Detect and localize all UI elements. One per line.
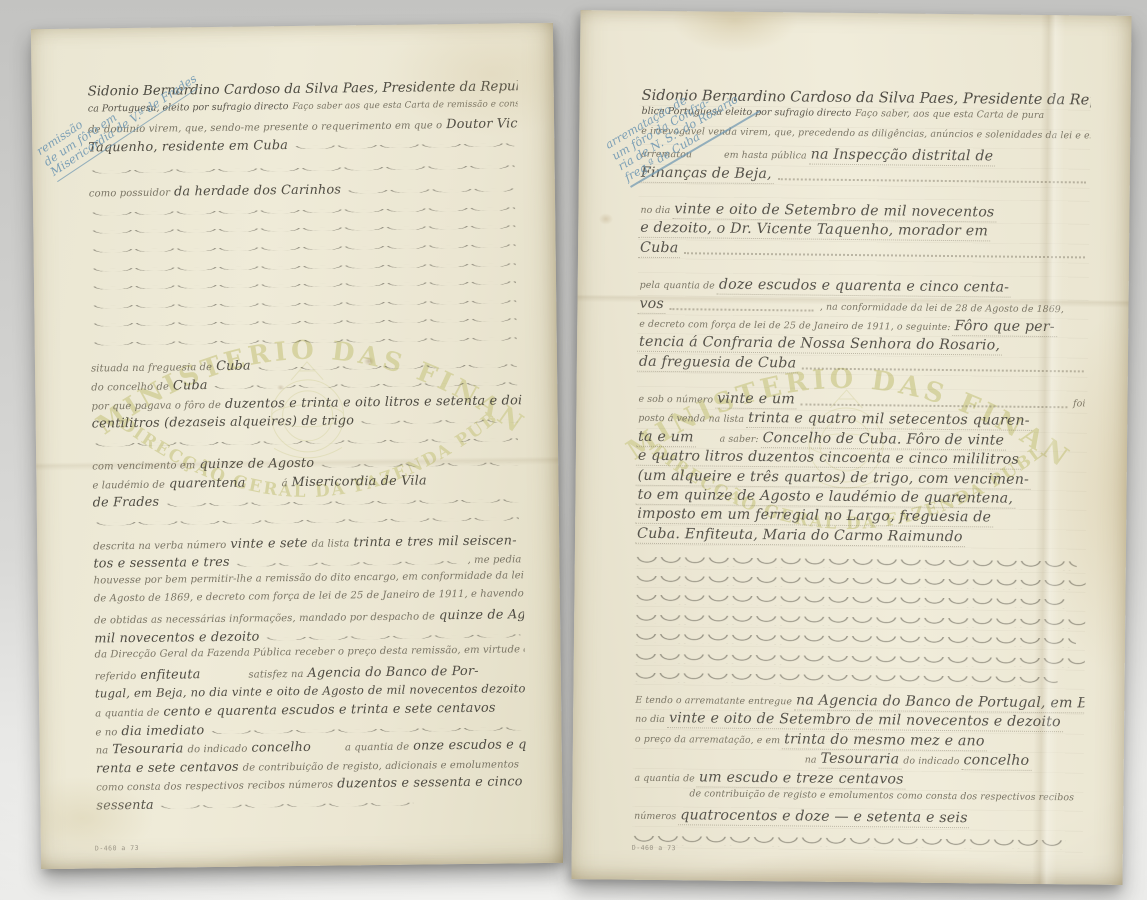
printed-form-text: descrita na verba número	[91, 540, 228, 553]
handwritten-text: concelho	[961, 752, 1031, 771]
ink-line-filler	[360, 419, 518, 425]
ink-line-filler	[91, 164, 515, 173]
document-line: sessenta	[94, 793, 526, 817]
handwritten-text: vinte e oito de Setembro de mil novecent…	[672, 201, 996, 222]
printed-form-text: e no	[93, 727, 119, 738]
document-line	[90, 430, 522, 454]
document-line: Taquenho, residente em Cuba	[86, 135, 518, 159]
handwritten-text: Misericordia de Vila	[290, 473, 429, 490]
handwritten-text: da herdade dos Carinhos	[172, 182, 343, 199]
handwritten-text: (um alqueire e três quartos) de trigo, c…	[636, 467, 1032, 489]
spacer	[694, 157, 722, 158]
printed-form-text: no dia	[638, 205, 672, 216]
scallop-line-filler	[634, 673, 1058, 686]
printed-form-text: situada na freguesia de	[89, 362, 214, 375]
handwritten-text: Cuba	[638, 239, 681, 257]
handwritten-text: duzentos e trinta e oito litros e setent…	[223, 393, 522, 412]
ink-line-filler	[257, 363, 517, 370]
handwritten-text: concelho	[249, 740, 313, 756]
handwritten-text: quarentena	[167, 475, 248, 491]
ink-line-filler	[778, 178, 1086, 183]
handwritten-text: Concelho de Cuba. Fôro de vinte	[761, 430, 1007, 451]
scallop-line-filler	[635, 576, 1086, 590]
handwritten-text: vinte e oito de Setembro de mil novecent…	[667, 710, 1063, 732]
printed-form-text: com vencimento em	[90, 460, 197, 472]
ink-line-filler	[165, 498, 518, 506]
handwritten-text: tencia á Confraria de Nossa Senhora do R…	[637, 334, 1002, 356]
printed-form-text: , na conformidade da lei de 28 de Agosto…	[818, 301, 1066, 315]
document-line: númerosquatrocentos e doze — e setenta e…	[632, 807, 1083, 831]
handwritten-text: Cuba	[171, 378, 210, 393]
ink-line-filler	[160, 802, 414, 809]
ink-line-filler	[93, 336, 517, 345]
handwritten-text: duzentos e sessenta e cinco e	[335, 775, 526, 792]
scallop-line-filler	[634, 634, 1076, 648]
ink-line-filler	[92, 281, 516, 290]
handwritten-text: quinze de Agosto de	[437, 607, 524, 623]
ink-line-filler	[91, 206, 515, 215]
ink-line-filler	[801, 404, 1067, 409]
document-line	[89, 329, 521, 353]
document-line: Cuba. Enfiteuta, Maria do Carmo Raimundo	[635, 526, 1086, 550]
handwritten-text: doze escudos e quarenta e cinco centa-	[717, 277, 1011, 298]
spacer	[248, 485, 280, 486]
document-line	[634, 665, 1085, 689]
printed-form-text: e sob o número	[636, 394, 715, 406]
scallop-line-filler	[635, 556, 1077, 570]
handwritten-text: vinte e um	[715, 391, 797, 410]
printed-form-text: Faço saber aos que esta Carta de remissã…	[290, 98, 518, 111]
printed-form-text: como possuidor	[87, 187, 172, 199]
printed-form-text: de contribuição de registo, adicionais e…	[241, 759, 521, 773]
ink-line-filler	[94, 437, 518, 446]
ink-line-filler	[236, 560, 462, 567]
handwritten-text: renta e sete centavos	[94, 759, 241, 776]
printed-form-text: na	[803, 755, 819, 766]
ink-line-filler	[92, 243, 516, 252]
ink-line-filler	[670, 308, 814, 312]
printed-form-text: do indicado	[185, 744, 249, 756]
handwritten-text: na Agencia do Banco de Portugal, em Beja	[794, 692, 1085, 713]
document-line	[632, 828, 1083, 852]
ink-line-filler	[684, 252, 1085, 258]
printed-form-text: a quantia de	[343, 742, 411, 754]
handwritten-text: trinta e tres mil seiscen-	[351, 533, 518, 550]
ink-line-filler	[95, 517, 519, 526]
printed-form-text: do concelho de	[89, 381, 171, 393]
handwritten-text: ta e um	[636, 429, 696, 448]
printed-form-text: o preço da arrematação, e em	[633, 733, 782, 746]
printed-form-text: a quantia de	[93, 708, 161, 720]
scallop-line-filler	[634, 614, 1085, 628]
handwritten-text: sessenta	[94, 798, 156, 814]
ink-line-filler	[92, 299, 516, 308]
printed-form-text: pela quantia de	[638, 280, 717, 292]
ink-line-filler	[320, 461, 518, 467]
ink-line-filler	[802, 368, 1084, 373]
handwritten-text: Fôro que per-	[952, 318, 1056, 337]
printed-form-text: referido	[93, 671, 139, 683]
ink-line-filler	[214, 382, 518, 390]
handwritten-text: trinta e quatro mil setecentos quaren-	[746, 410, 1032, 431]
handwritten-text: Tesouraria	[110, 742, 185, 758]
handwritten-text: da freguesia de Cuba	[637, 353, 799, 373]
ink-line-filler	[266, 633, 521, 640]
handwritten-text: dia imediato	[119, 723, 206, 739]
spacer	[696, 440, 718, 441]
handwritten-text: cento e quarenta escudos e trinta e sete…	[161, 701, 497, 720]
handwritten-text: Cuba. Enfiteuta, Maria do Carmo Raimundo	[635, 526, 965, 547]
handwritten-text: quinze de Agosto	[197, 456, 316, 472]
printed-form-text: á	[280, 478, 290, 489]
handwritten-text: Agencia do Banco de Por-	[305, 664, 480, 681]
printed-form-text: da lista	[310, 538, 352, 550]
printed-form-text: foi	[1071, 398, 1088, 409]
printed-form-text: , me pedia	[466, 554, 524, 566]
scallop-line-filler	[634, 653, 1085, 667]
handwritten-text: Tesouraria	[818, 751, 901, 770]
handwritten-text: na Inspecção distrital de	[809, 147, 996, 167]
handwritten-text: centilitros (dezaseis alqueires) de trig…	[90, 413, 357, 431]
printed-form-text: E tendo o arrematante entregue	[633, 695, 794, 708]
printed-form-text: números	[632, 811, 678, 822]
handwritten-text: Cuba	[214, 359, 253, 374]
printed-form-text: na	[94, 745, 111, 756]
left-document-page: MINISTERIO DAS FINANÇAS DIRECÇÃO GERAL D…	[31, 23, 563, 869]
handwritten-text: vinte e sete	[228, 536, 309, 552]
printed-form-text: do indicado	[901, 756, 961, 768]
handwritten-text: de Frades	[91, 495, 162, 511]
printed-form-text: a saber:	[718, 433, 761, 444]
ink-line-filler	[92, 262, 516, 271]
printed-form-text: posto á venda na lista	[636, 413, 746, 425]
spacer	[313, 750, 343, 751]
handwritten-text: mil novecentos e dezoito	[92, 629, 261, 646]
handwritten-text: e dezoito, o Dr. Vicente Taquenho, morad…	[638, 220, 990, 242]
handwritten-text: imposto em um ferregial no Largo, fregue…	[635, 506, 993, 528]
document-line	[87, 157, 519, 181]
document-line	[91, 509, 523, 533]
printed-form-text: por que pagava o fôro de	[89, 399, 223, 412]
printed-form-text: no dia	[633, 714, 667, 725]
handwritten-text: onze escudos e qua-	[411, 737, 526, 753]
printed-form-text: em hasta pública	[722, 150, 809, 162]
ink-line-filler	[91, 225, 515, 234]
handwritten-text: quatrocentos e doze — e setenta e seis	[678, 807, 969, 828]
handwritten-text: Doutor Vicente	[444, 116, 518, 132]
printed-form-text: como consta dos respectivos recibos núme…	[94, 780, 335, 794]
handwritten-text: vos	[637, 295, 666, 313]
left-page-text: Sidonio Bernardino Cardoso da Silva Paes…	[31, 23, 563, 869]
handwritten-text: um escudo e treze centavos	[697, 769, 906, 789]
ink-line-filler	[92, 318, 516, 327]
handwritten-text: to em quinze de Agosto e laudémio de qua…	[635, 487, 1015, 509]
handwritten-text: enfiteuta	[138, 667, 202, 683]
printed-form-text: de obtidas as necessárias informações, m…	[92, 611, 437, 626]
ink-line-filler	[210, 726, 521, 734]
spacer	[203, 676, 247, 678]
printed-form-text: satisfez na	[246, 669, 305, 681]
ink-line-filler	[294, 142, 514, 149]
printed-form-text: e laudémio de	[90, 479, 167, 491]
scallop-line-filler	[634, 595, 1066, 609]
handwritten-text: tos e sessenta e tres	[91, 555, 231, 572]
printers-form-code: D-460 a 73	[95, 844, 139, 853]
right-document-page: MINISTERIO DAS FINANÇAS DIRECÇÃO GERAL D…	[571, 10, 1131, 885]
handwritten-text: e quatro litros duzentos cincoenta e cin…	[636, 448, 1021, 470]
scallop-line-filler	[632, 836, 1066, 850]
ink-line-filler	[347, 188, 515, 194]
printed-form-text: a quantia de	[632, 772, 696, 784]
photo-backdrop: MINISTERIO DAS FINANÇAS DIRECÇÃO GERAL D…	[0, 0, 1147, 900]
printed-form-text: Faço saber, aos que esta Carta de pura	[853, 108, 1046, 121]
handwritten-text: trinta do mesmo mez e ano	[782, 731, 987, 751]
printed-form-text: e decreto com força de lei de 25 de Jane…	[637, 319, 952, 333]
printers-form-code: D-460 a 73	[632, 844, 676, 852]
